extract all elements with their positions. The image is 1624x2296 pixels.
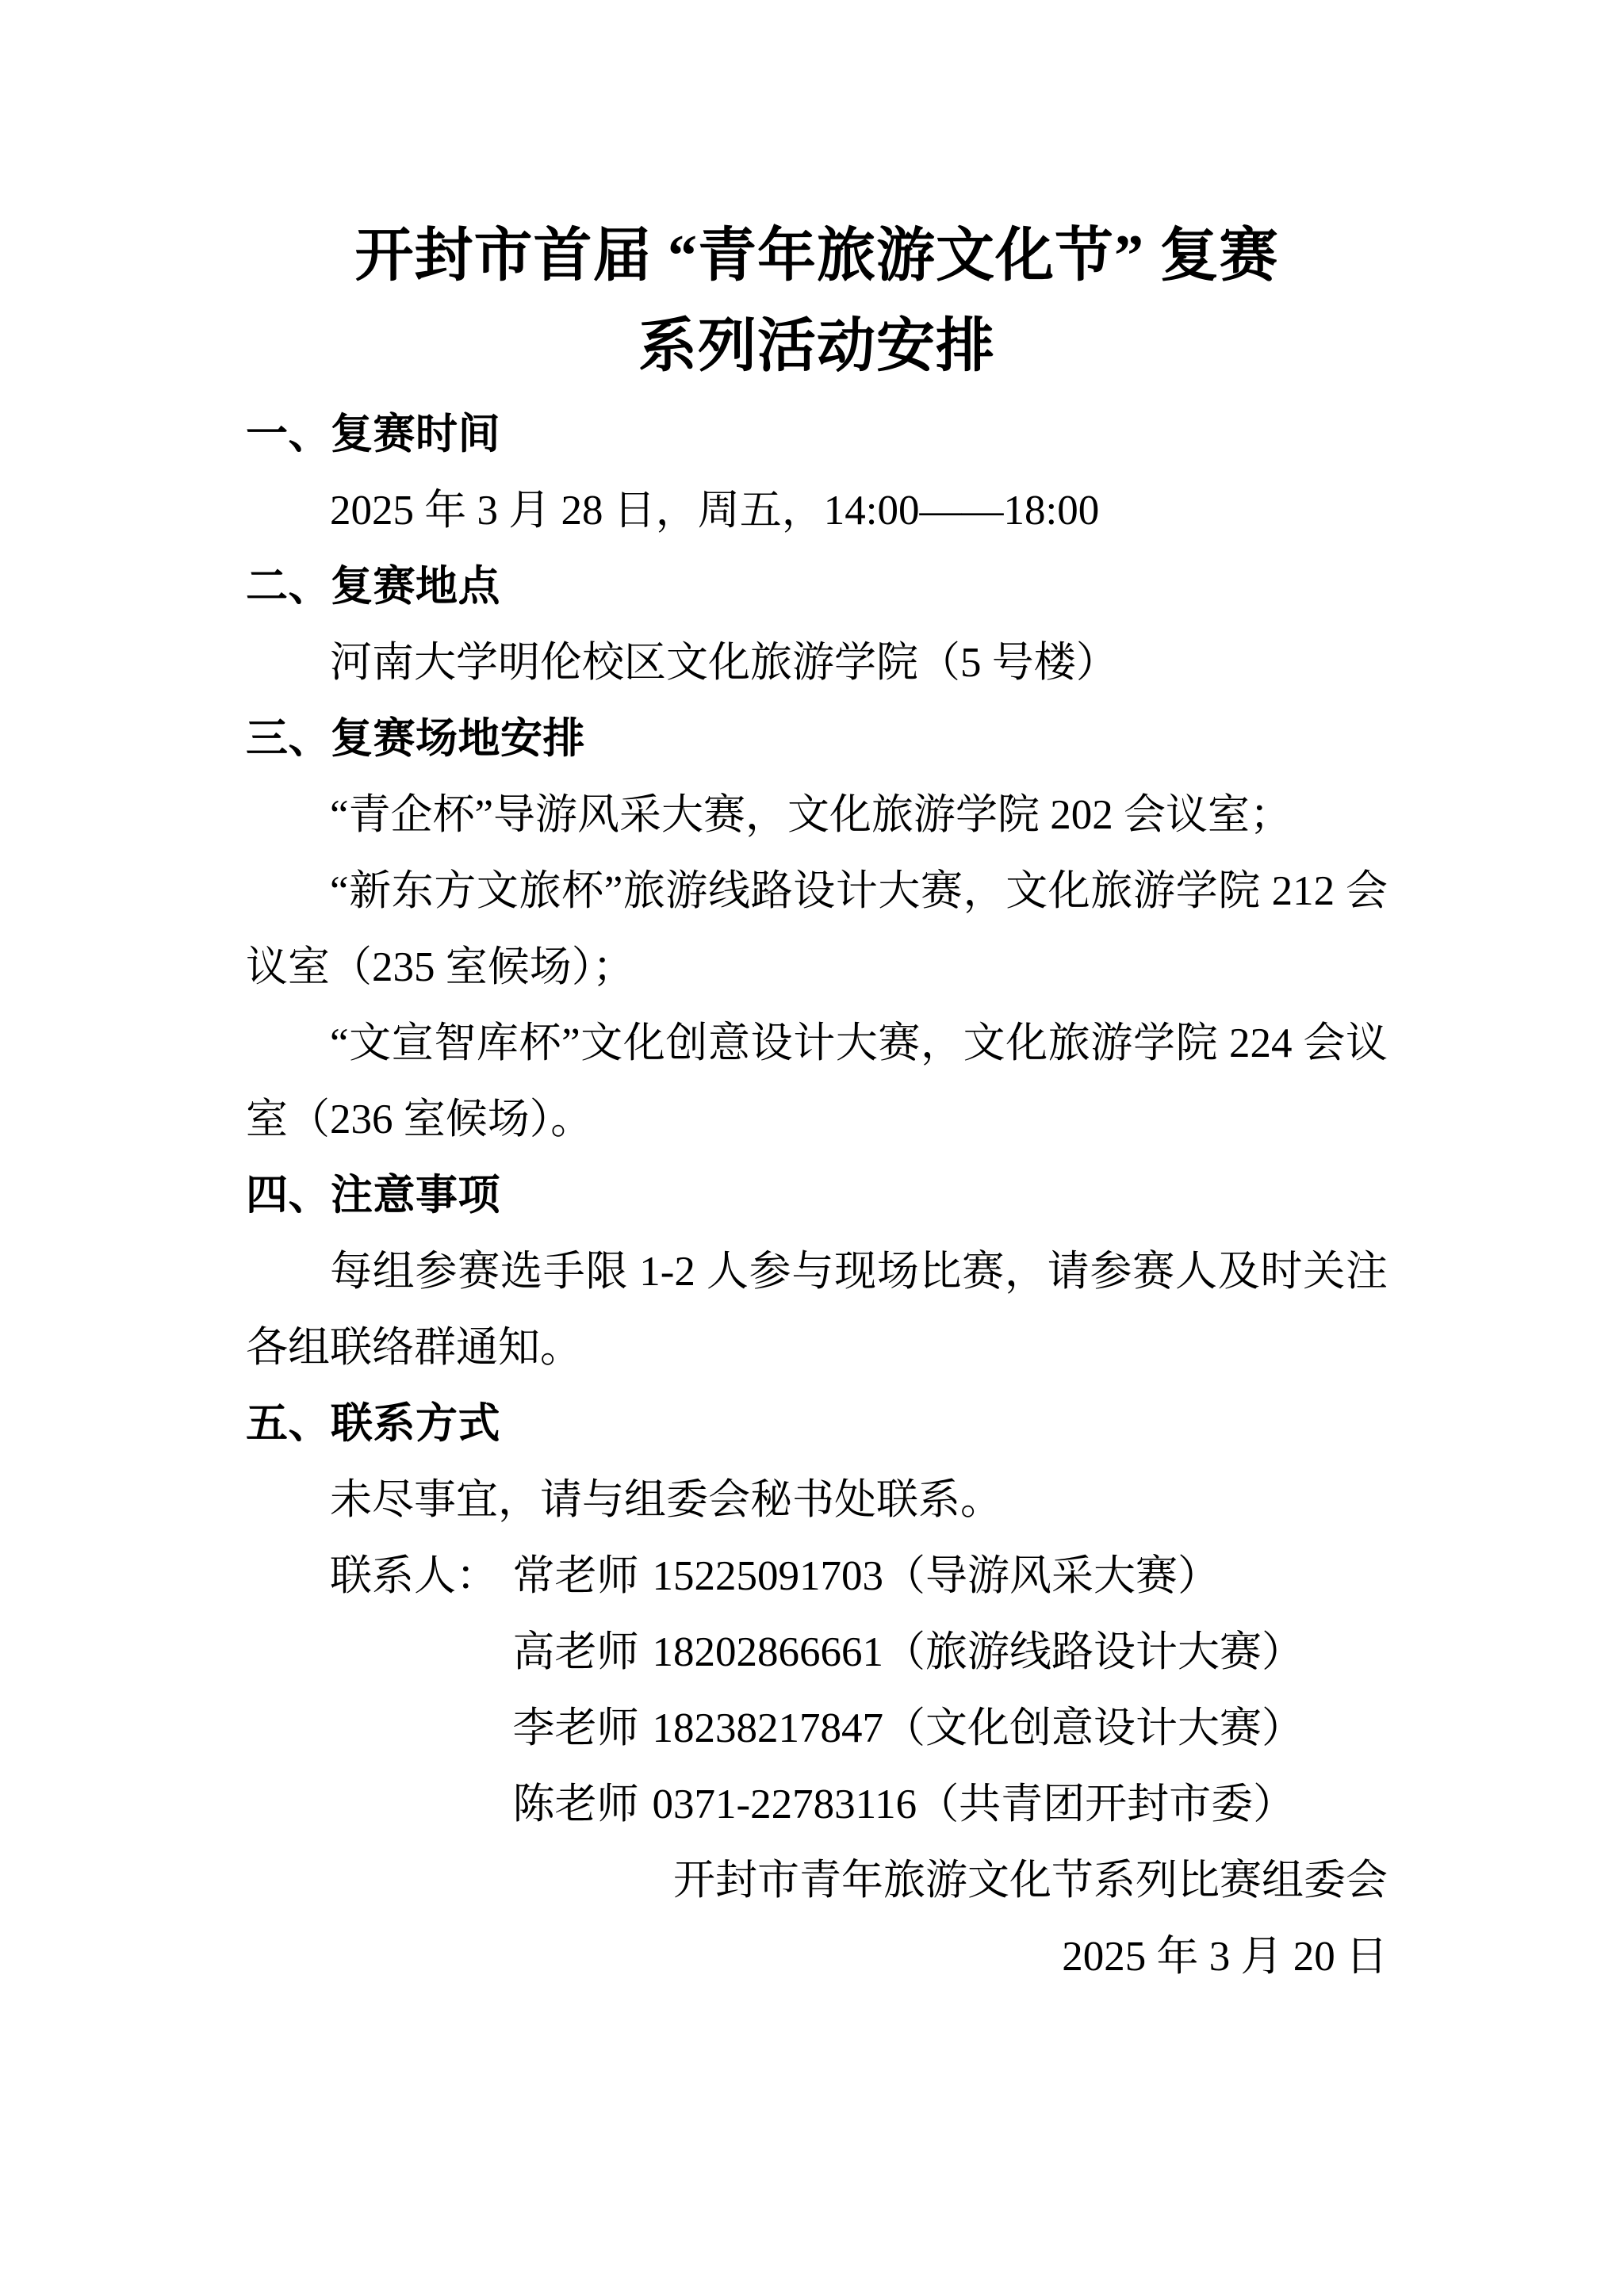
document-page: 开封市首届 “青年旅游文化节” 复赛 系列活动安排 一、复赛时间 2025 年 …	[0, 0, 1624, 2296]
section-4-heading: 四、注意事项	[246, 1158, 1388, 1234]
contact-2-note: （旅游线路设计大赛）	[883, 1629, 1304, 1675]
contact-3-name: 李老师	[513, 1705, 639, 1751]
contact-line-1: 联系人：常老师15225091703（导游风采大赛）	[246, 1538, 1388, 1614]
contact-line-3: 李老师18238217847（文化创意设计大赛）	[246, 1690, 1388, 1766]
section-4-paragraph: 每组参赛选手限 1-2 人参与现场比赛，请参赛人及时关注各组联络群通知。	[246, 1234, 1388, 1386]
contact-line-4: 陈老师0371-22783116（共青团开封市委）	[246, 1766, 1388, 1843]
document-title-line-1: 开封市首届 “青年旅游文化节” 复赛	[246, 211, 1388, 301]
contact-4-phone: 0371-22783116	[653, 1781, 917, 1827]
document-content: 开封市首届 “青年旅游文化节” 复赛 系列活动安排 一、复赛时间 2025 年 …	[246, 211, 1388, 1995]
section-1-paragraph: 2025 年 3 月 28 日，周五，14:00——18:00	[246, 473, 1388, 549]
contact-4-name: 陈老师	[513, 1781, 639, 1827]
date-line: 2025 年 3 月 20 日	[246, 1919, 1388, 1995]
section-5-heading: 五、联系方式	[246, 1386, 1388, 1462]
contact-1-phone: 15225091703	[653, 1553, 884, 1599]
section-2-heading: 二、复赛地点	[246, 549, 1388, 625]
contact-label: 联系人：	[330, 1553, 498, 1599]
document-body: 一、复赛时间 2025 年 3 月 28 日，周五，14:00——18:00 二…	[246, 396, 1388, 1995]
signature-line: 开封市青年旅游文化节系列比赛组委会	[246, 1843, 1388, 1919]
contact-2-name: 高老师	[513, 1629, 639, 1675]
contact-3-note: （文化创意设计大赛）	[883, 1705, 1304, 1751]
section-5-paragraph: 未尽事宜，请与组委会秘书处联系。	[246, 1462, 1388, 1538]
section-3-heading: 三、复赛场地安排	[246, 701, 1388, 777]
contact-line-2: 高老师18202866661（旅游线路设计大赛）	[246, 1614, 1388, 1690]
contact-3-phone: 18238217847	[653, 1705, 884, 1751]
section-3-paragraph-2: “新东方文旅杯”旅游线路设计大赛，文化旅游学院 212 会议室（235 室候场）…	[246, 853, 1388, 1005]
contact-1-note: （导游风采大赛）	[883, 1553, 1220, 1599]
contact-4-note: （共青团开封市委）	[917, 1781, 1295, 1827]
contact-2-phone: 18202866661	[653, 1629, 884, 1675]
contact-1-name: 常老师	[513, 1553, 639, 1599]
section-2-paragraph: 河南大学明伦校区文化旅游学院（5 号楼）	[246, 625, 1388, 701]
section-3-paragraph-1: “青企杯”导游风采大赛，文化旅游学院 202 会议室；	[246, 777, 1388, 853]
section-3-paragraph-3: “文宣智库杯”文化创意设计大赛，文化旅游学院 224 会议室（236 室候场）。	[246, 1005, 1388, 1158]
document-title-line-2: 系列活动安排	[246, 301, 1388, 392]
section-1-heading: 一、复赛时间	[246, 396, 1388, 473]
document-title: 开封市首届 “青年旅游文化节” 复赛 系列活动安排	[246, 211, 1388, 392]
